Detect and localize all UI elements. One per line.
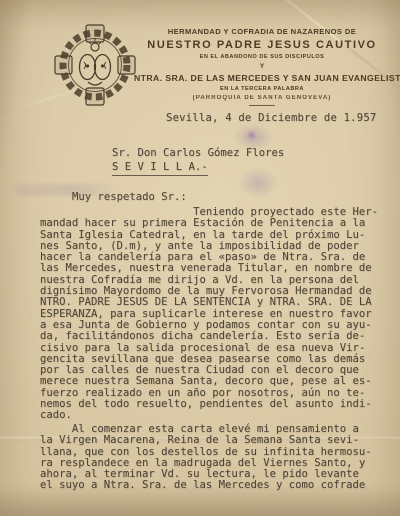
recipient-name: Sr. Don Carlos Gómez Flores: [112, 147, 284, 160]
letterhead-secondary-subtitle: EN LA TERCERA PALABRA: [134, 86, 390, 92]
letterhead-secondary-title: NTRA. SRA. DE LAS MERCEDES Y SAN JUAN EV…: [134, 73, 390, 83]
recipient-city: S E V I L L A.-: [112, 161, 208, 176]
stamp-mark: [247, 131, 256, 139]
recipient-block: Sr. Don Carlos Gómez Flores S E V I L L …: [112, 147, 284, 176]
letterhead-divider: [249, 105, 275, 106]
letterhead-title: NUESTRO PADRE JESUS CAUTIVO: [134, 39, 390, 51]
letterhead-org-line: HERMANDAD Y COFRADIA DE NAZARENOS DE: [134, 27, 390, 36]
letterhead-parish: (PARROQUIA DE SANTA GENOVEVA): [134, 95, 390, 101]
letter-document: HERMANDAD Y COFRADIA DE NAZARENOS DE NUE…: [0, 0, 400, 516]
cofradia-seal-icon: [50, 20, 140, 110]
dateline: Sevilla, 4 de Diciembre de 1.957: [166, 112, 377, 124]
letterhead-conjunction: Y: [134, 63, 390, 70]
letterhead: HERMANDAD Y COFRADIA DE NAZARENOS DE NUE…: [134, 27, 390, 106]
letter-paragraph-1: Teniendo proyectado este Her- mandad hac…: [40, 207, 378, 422]
letter-paragraph-2: Al comenzar esta carta elevé mi pensamie…: [40, 424, 372, 492]
letterhead-subtitle: EN EL ABANDONO DE SUS DISCIPULOS: [134, 54, 390, 60]
salutation: Muy respetado Sr.:: [72, 191, 187, 203]
